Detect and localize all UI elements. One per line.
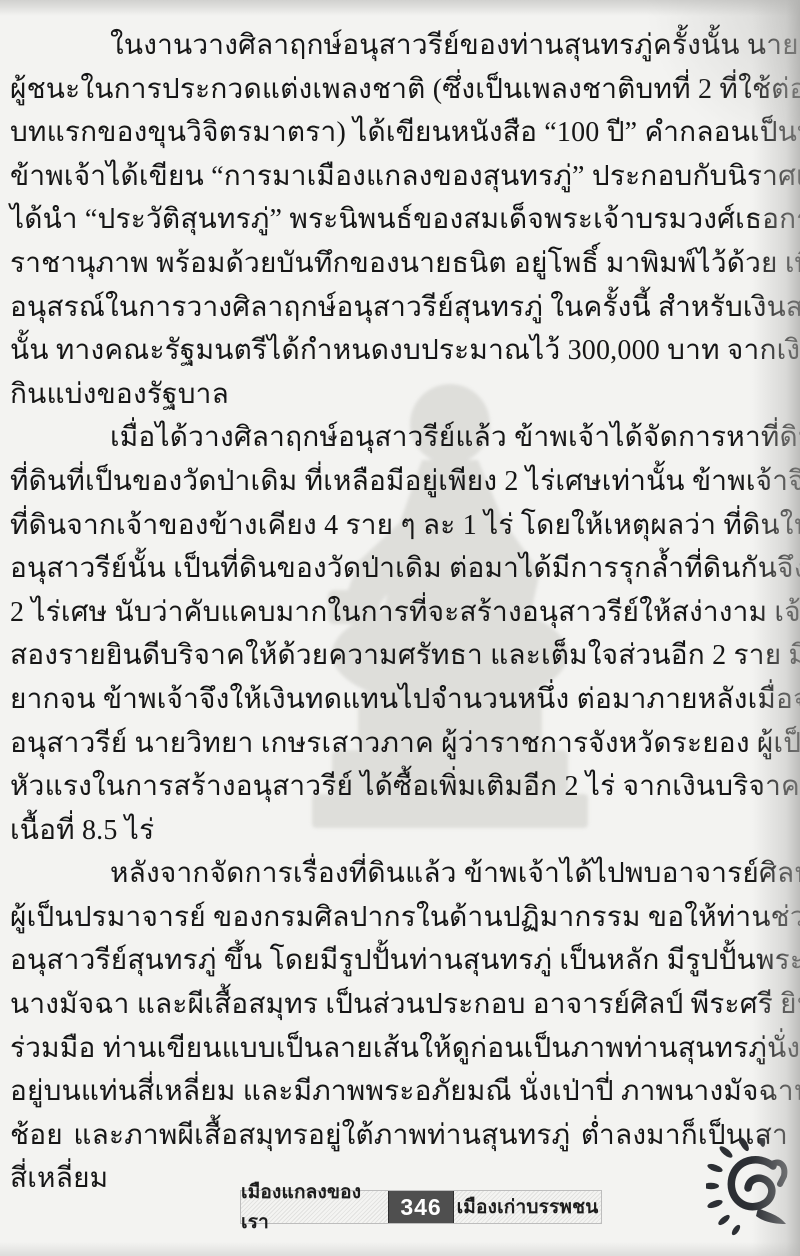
text-line: 2 ไร่เศษ นับว่าคับแคบมากในการที่จะสร้างอ… xyxy=(10,591,788,635)
text-line: หลังจากจัดการเรื่องที่ดินแล้ว ข้าพเจ้าได… xyxy=(10,852,788,896)
body-text: ในงานวางศิลาฤกษ์อนุสาวรีย์ของท่านสุนทรภู… xyxy=(10,24,788,1201)
book-page: ในงานวางศิลาฤกษ์อนุสาวรีย์ของท่านสุนทรภู… xyxy=(0,0,800,1256)
paragraph: หลังจากจัดการเรื่องที่ดินแล้ว ข้าพเจ้าได… xyxy=(10,852,788,1201)
text-line: อนุสาวรีย์สุนทรภู่ ขึ้น โดยมีรูปปั้นท่าน… xyxy=(10,939,788,983)
page-footer: เมืองแกลงของเรา 346 เมืองเก่าบรรพชน xyxy=(240,1190,602,1224)
footer-left-label: เมืองแกลงของเรา xyxy=(241,1191,388,1223)
text-line: เนื้อที่ 8.5 ไร่ xyxy=(10,809,788,853)
text-line: ราชานุภาพ พร้อมด้วยบันทึกของนายธนิต อยู่… xyxy=(10,242,788,286)
text-line: ข้าพเจ้าได้เขียน “การมาเมืองแกลงของสุนทร… xyxy=(10,155,788,199)
text-line: ในงานวางศิลาฤกษ์อนุสาวรีย์ของท่านสุนทรภู… xyxy=(10,24,788,68)
text-line: ที่ดินจากเจ้าของข้างเคียง 4 ราย ๆ ละ 1 ไ… xyxy=(10,504,788,548)
text-line: ร่วมมือ ท่านเขียนแบบเป็นลายเส้นให้ดูก่อน… xyxy=(10,1027,788,1071)
text-line: อนุสาวรีย์นั้น เป็นที่ดินของวัดป่าเดิม ต… xyxy=(10,547,788,591)
text-line: นั้น ทางคณะรัฐมนตรีได้กำหนดงบประมาณไว้ 3… xyxy=(10,329,788,373)
text-line: นางมัจฉา และผีเสื้อสมุทร เป็นส่วนประกอบ … xyxy=(10,983,788,1027)
text-line: ผู้เป็นปรมาจารย์ ของกรมศิลปากรในด้านปฏิม… xyxy=(10,896,788,940)
text-line: ผู้ชนะในการประกวดแต่งเพลงชาติ (ซึ่งเป็นเ… xyxy=(10,68,788,112)
text-line: อยู่บนแท่นสี่เหลี่ยม และมีภาพพระอภัยมณี … xyxy=(10,1070,788,1114)
text-line: หัวแรงในการสร้างอนุสาวรีย์ ได้ซื้อเพิ่มเ… xyxy=(10,765,788,809)
paragraph: ในงานวางศิลาฤกษ์อนุสาวรีย์ของท่านสุนทรภู… xyxy=(10,24,788,416)
paragraph: เมื่อได้วางศิลาฤกษ์อนุสาวรีย์แล้ว ข้าพเจ… xyxy=(10,416,788,852)
text-line: อนุสาวรีย์ นายวิทยา เกษรเสาวภาค ผู้ว่ารา… xyxy=(10,722,788,766)
text-line: ช้อย และภาพผีเสื้อสมุทรอยู่ใต้ภาพท่านสุน… xyxy=(10,1114,788,1201)
spiral-sun-flourish-icon xyxy=(706,1138,796,1250)
text-line: บทแรกของขุนวิจิตรมาตรา) ได้เขียนหนังสือ … xyxy=(10,111,788,155)
text-line: เมื่อได้วางศิลาฤกษ์อนุสาวรีย์แล้ว ข้าพเจ… xyxy=(10,416,788,460)
text-line: ที่ดินที่เป็นของวัดป่าเดิม ที่เหลือมีอยู… xyxy=(10,460,788,504)
text-line: อนุสรณ์ในการวางศิลาฤกษ์อนุสาวรีย์สุนทรภู… xyxy=(10,286,788,330)
page-number-badge: 346 xyxy=(388,1191,454,1223)
text-line: สองรายยินดีบริจาคให้ด้วยความศรัทธา และเต… xyxy=(10,634,788,678)
text-line: ได้นำ “ประวัติสุนทรภู่” พระนิพนธ์ของสมเด… xyxy=(10,198,788,242)
text-line: ยากจน ข้าพเจ้าจึงให้เงินทดแทนไปจำนวนหนึ่… xyxy=(10,678,788,722)
footer-right-label: เมืองเก่าบรรพชน xyxy=(454,1191,601,1223)
text-line: กินแบ่งของรัฐบาล xyxy=(10,373,788,417)
